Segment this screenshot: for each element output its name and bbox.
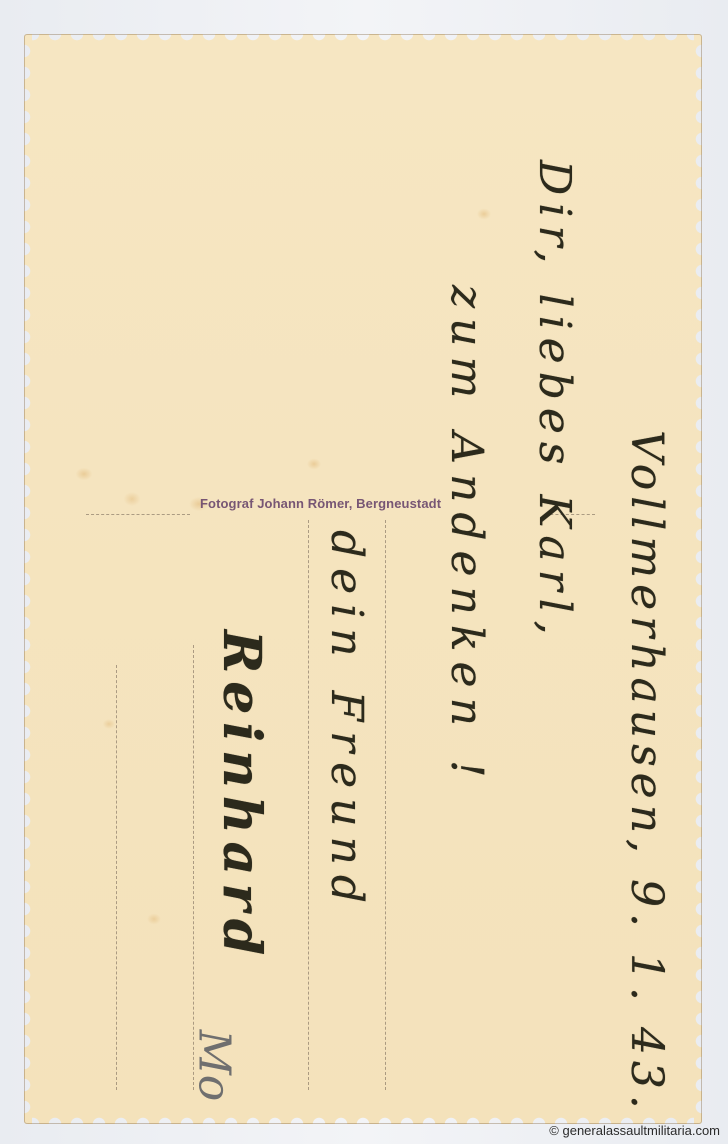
copyright-watermark: © generalassaultmilitaria.com — [549, 1123, 720, 1138]
pencil-annotation: Mo — [188, 1030, 239, 1102]
handwriting-line-souvenir: zum Andenken ! — [441, 285, 492, 788]
handwriting-signature: Reinhard — [211, 630, 272, 963]
address-guide-line-horizontal — [86, 514, 190, 515]
address-guide-line-1 — [116, 665, 117, 1090]
handwriting-line-greeting: Dir, liebes Karl, — [529, 160, 580, 643]
address-guide-line-4 — [385, 520, 386, 1090]
handwriting-line-date: Vollmerhausen, 9. 1. 43. — [621, 430, 672, 1115]
handwriting-line-friend: dein Freund — [321, 530, 372, 913]
address-guide-line-2 — [193, 645, 194, 1090]
address-guide-line-3 — [308, 520, 309, 1090]
photographer-stamp: Fotograf Johann Römer, Bergneustadt — [200, 496, 441, 511]
